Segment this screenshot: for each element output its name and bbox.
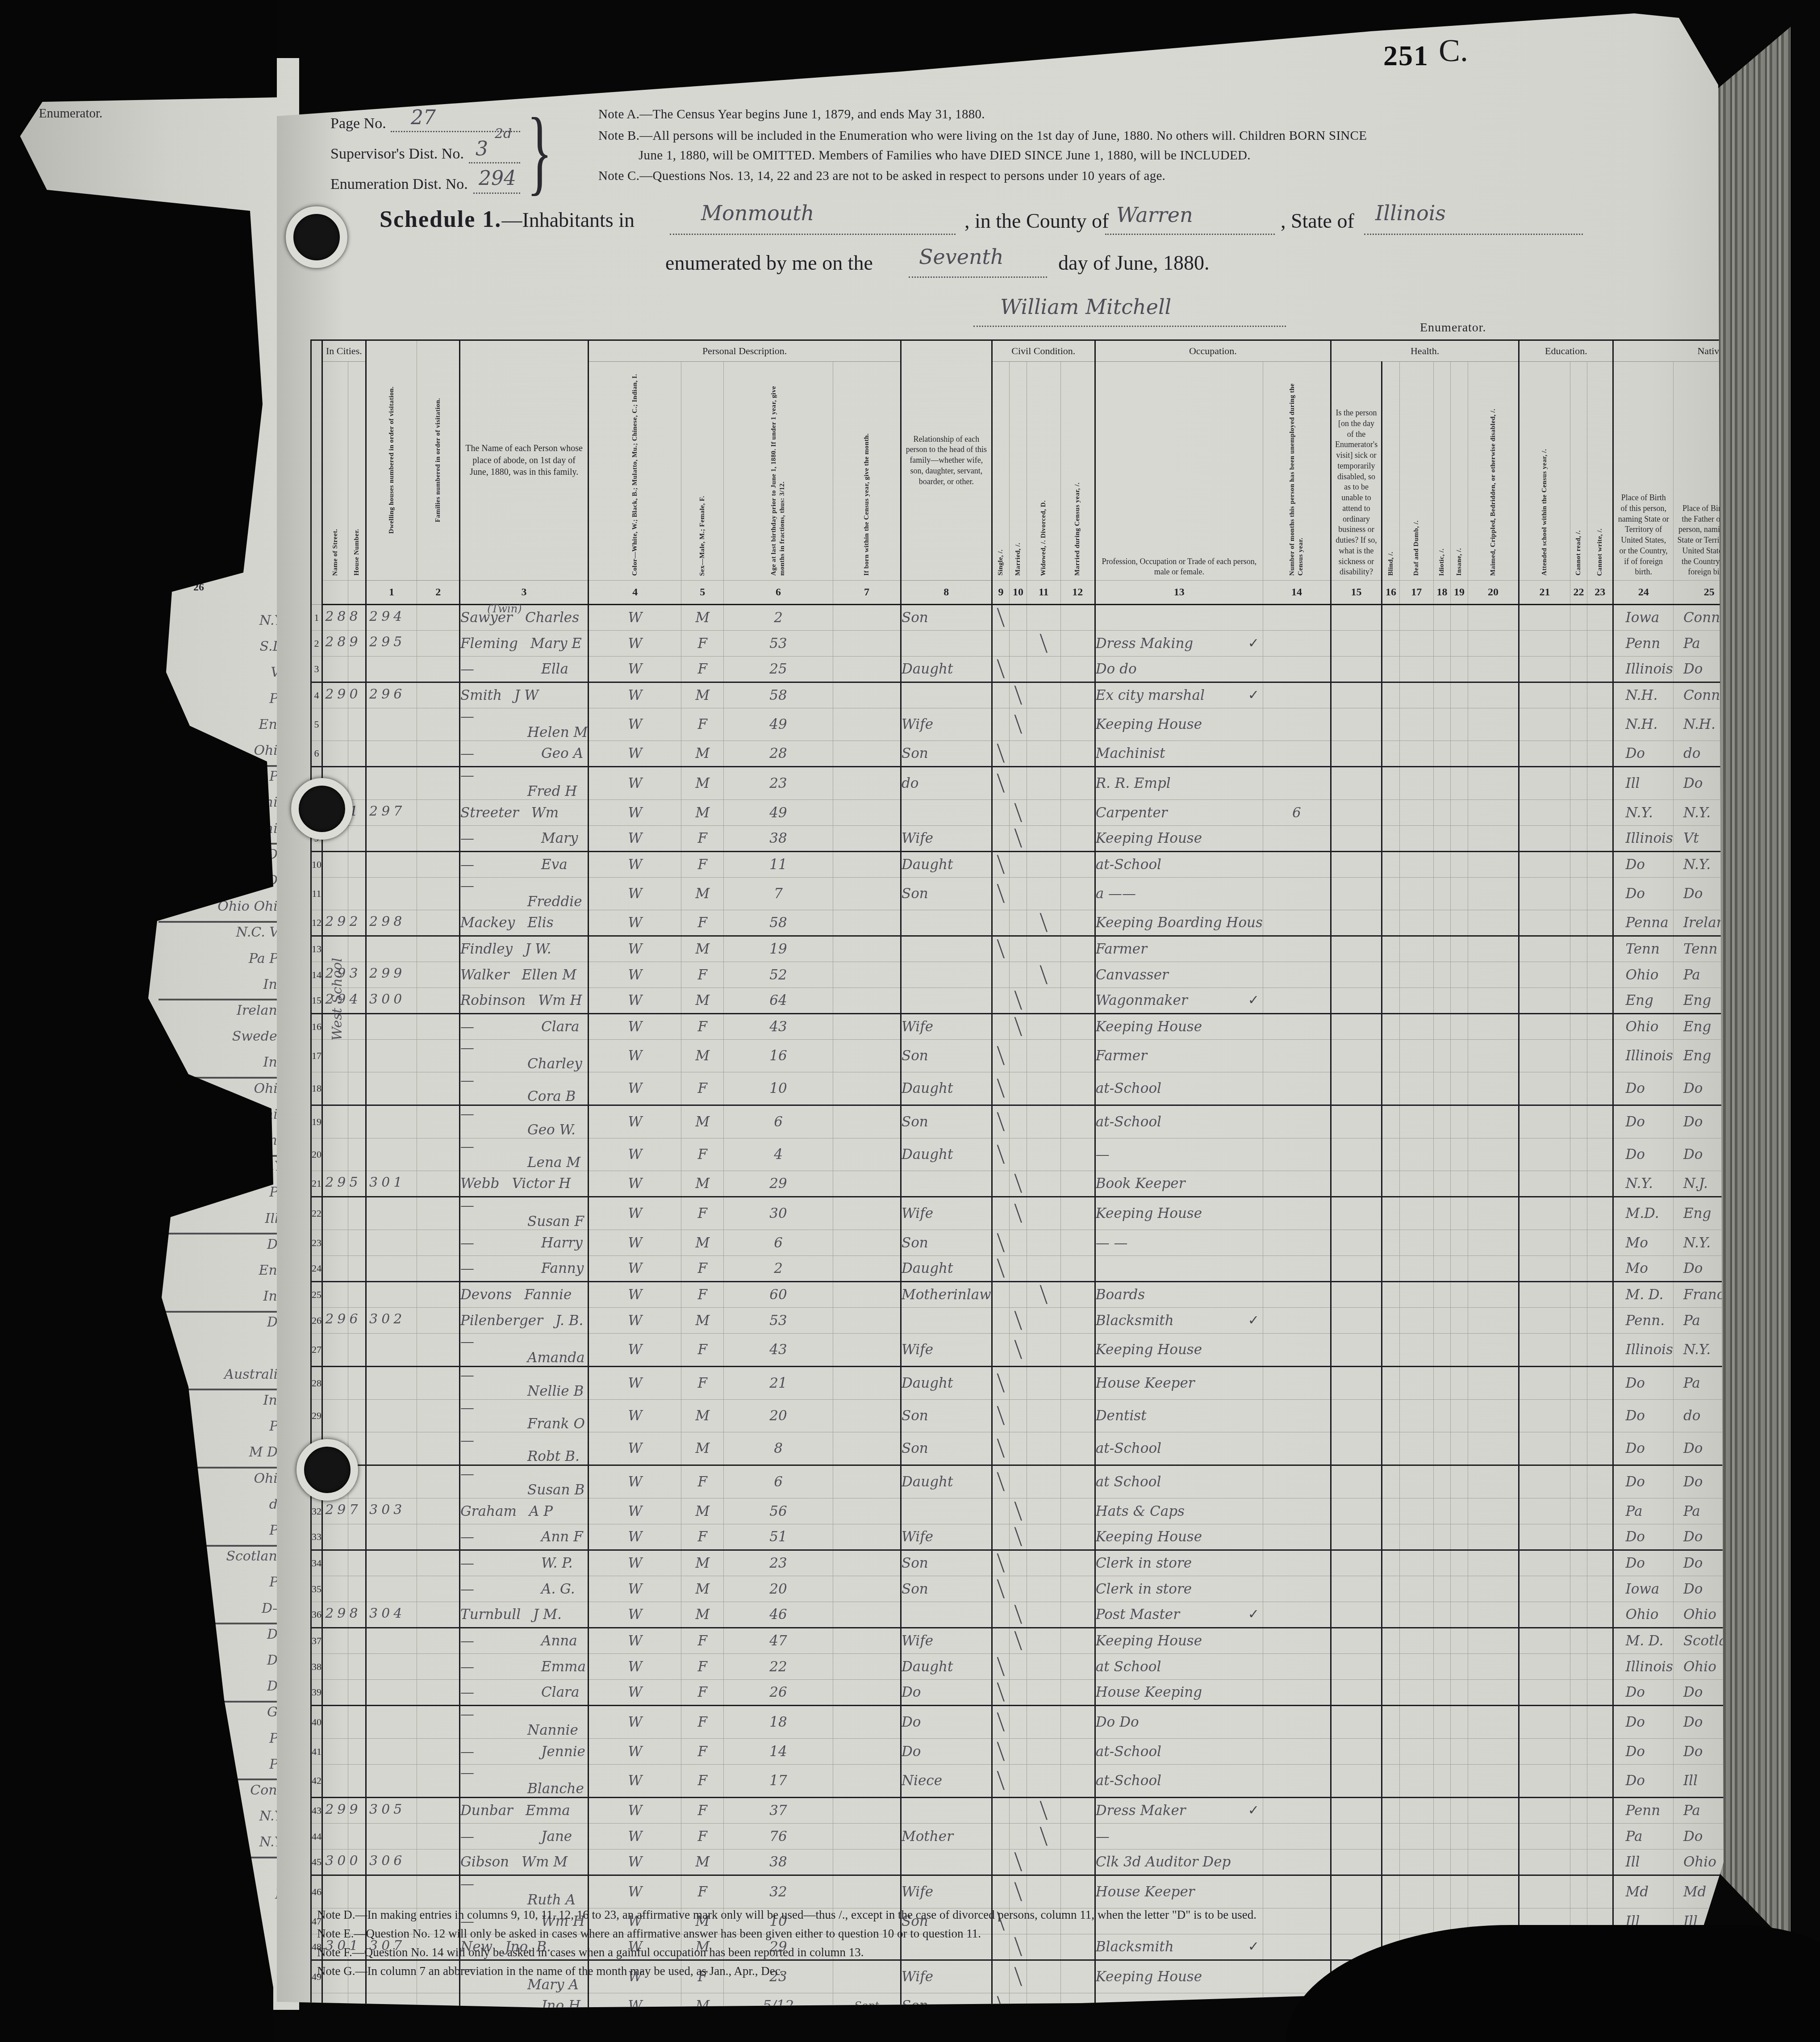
month-born-cell	[833, 1706, 901, 1739]
col-number: 6	[724, 581, 833, 605]
single-mark-cell: ╲	[992, 1550, 1010, 1576]
married-mark-cell: ╲	[1010, 1524, 1027, 1550]
house-cell	[348, 1654, 366, 1680]
widowed-mark-cell	[1027, 708, 1060, 741]
education-mark-cell	[1587, 1798, 1613, 1824]
married-mark-cell	[1010, 936, 1027, 962]
county-value: Warren	[1116, 203, 1193, 227]
sickness-cell	[1331, 1308, 1382, 1334]
unemployed-cell	[1263, 1706, 1331, 1739]
education-mark-cell	[1519, 1197, 1570, 1230]
education-mark-cell	[1519, 878, 1570, 910]
married-year-cell	[1060, 852, 1095, 878]
health-mark-cell	[1451, 767, 1468, 800]
health-mark-cell	[1468, 1197, 1519, 1230]
color-cell: W	[589, 1706, 681, 1739]
married-mark-cell	[1010, 1576, 1027, 1602]
married-mark-cell: ╲	[1010, 1171, 1027, 1197]
month-born-cell	[833, 1524, 901, 1550]
sex-cell: F	[681, 852, 724, 878]
single-mark-cell	[992, 1308, 1010, 1334]
education-mark-cell	[1519, 1282, 1570, 1308]
street-cell	[322, 1824, 348, 1850]
occupation-cell: Clerk in store	[1095, 1576, 1263, 1602]
education-mark-cell	[1570, 1524, 1587, 1550]
row-number-left: 38	[311, 1654, 322, 1680]
health-mark-cell	[1468, 852, 1519, 878]
row-number-left: 25	[311, 1282, 322, 1308]
house-cell	[348, 826, 366, 852]
age-cell: 10	[724, 1072, 833, 1105]
person-row: 28—Nellie BWF21Daught╲House KeeperDoPaIl…	[311, 1367, 1820, 1400]
sickness-cell	[1331, 1765, 1382, 1798]
person-row: 29—Frank OWM20Son╲DentistDododo29	[311, 1400, 1820, 1432]
family-cell	[417, 708, 460, 741]
health-mark-cell	[1451, 1550, 1468, 1576]
house-cell: 299 305	[348, 1798, 366, 1824]
health-mark-cell	[1433, 1875, 1451, 1908]
married-year-cell	[1060, 1498, 1095, 1524]
name-cell: WalkerEllen M	[460, 962, 589, 988]
married-mark-cell: ╲	[1010, 1308, 1027, 1334]
education-mark-cell	[1519, 1256, 1570, 1282]
relationship-cell: Daught	[901, 657, 992, 682]
health-mark-cell	[1451, 1739, 1468, 1765]
education-mark-cell	[1587, 1498, 1613, 1524]
birthplace-cell: Do	[1613, 1400, 1673, 1432]
row-number-left: 46	[311, 1875, 322, 1908]
married-mark-cell: ╲	[1010, 1875, 1027, 1908]
group-health: Health.	[1331, 340, 1519, 362]
relationship-cell	[901, 682, 992, 708]
health-mark-cell	[1399, 741, 1433, 767]
married-mark-cell: ╲	[1010, 988, 1027, 1014]
dwelling-family-numbers: 298 304	[325, 1606, 437, 1621]
health-mark-cell	[1468, 1602, 1519, 1628]
education-mark-cell	[1570, 1197, 1587, 1230]
health-mark-cell	[1399, 1654, 1433, 1680]
married-mark-cell: ╲	[1010, 826, 1027, 852]
house-cell	[348, 657, 366, 682]
age-cell: 8	[724, 1432, 833, 1465]
birthplace-cell: Pa	[1613, 1824, 1673, 1850]
married-year-cell	[1060, 1739, 1095, 1765]
family-cell	[417, 1256, 460, 1282]
name-cell: —Cora B	[460, 1072, 589, 1105]
col-number: 5	[681, 581, 724, 605]
house-cell: 292 298	[348, 910, 366, 936]
health-mark-cell	[1382, 1367, 1400, 1400]
married-mark-cell	[1010, 1680, 1027, 1706]
sickness-cell	[1331, 988, 1382, 1014]
month-born-cell	[833, 1960, 901, 1993]
health-mark-cell	[1468, 1432, 1519, 1465]
health-mark-cell	[1382, 741, 1400, 767]
education-mark-cell	[1570, 657, 1587, 682]
health-mark-cell	[1468, 1739, 1519, 1765]
birthplace-cell: Mo	[1613, 1256, 1673, 1282]
married-mark-cell	[1010, 1400, 1027, 1432]
street-cell	[322, 1040, 348, 1072]
single-mark-cell	[992, 1602, 1010, 1628]
age-cell: 58	[724, 910, 833, 936]
name-cell: —Anna	[460, 1628, 589, 1654]
unemployed-cell	[1263, 1138, 1331, 1171]
widowed-mark-cell: ╲	[1027, 631, 1060, 657]
col-number: 15	[1331, 581, 1382, 605]
education-mark-cell	[1570, 910, 1587, 936]
person-row: 12292 298MackeyElisWF58╲Keeping Boarding…	[311, 910, 1820, 936]
col-number: 19	[1451, 581, 1468, 605]
age-cell: 49	[724, 708, 833, 741]
birthplace-cell: Ohio	[1613, 1602, 1673, 1628]
occupation-cell: Book Keeper	[1095, 1171, 1263, 1197]
widowed-mark-cell	[1027, 878, 1060, 910]
person-row: 1288 294(Twin)SawyerCharlesWM2Son╲IowaCo…	[311, 605, 1820, 631]
education-mark-cell	[1587, 631, 1613, 657]
health-mark-cell	[1468, 1014, 1519, 1040]
birthplace-cell: Ohio	[1613, 962, 1673, 988]
col-number: 10	[1010, 581, 1027, 605]
birthplace-cell: Penn	[1613, 1798, 1673, 1824]
street-cell	[322, 1230, 348, 1256]
sickness-cell	[1331, 1334, 1382, 1367]
age-cell: 28	[724, 741, 833, 767]
health-mark-cell	[1382, 1230, 1400, 1256]
sex-cell: F	[681, 1282, 724, 1308]
age-cell: 53	[724, 1308, 833, 1334]
education-mark-cell	[1570, 1334, 1587, 1367]
health-mark-cell	[1399, 1908, 1433, 1934]
single-mark-cell: ╲	[992, 1230, 1010, 1256]
health-mark-cell	[1382, 1282, 1400, 1308]
single-mark-cell	[992, 1960, 1010, 1993]
house-cell	[348, 1014, 366, 1040]
house-cell	[348, 1400, 366, 1432]
occupation-cell: Keeping House	[1095, 1960, 1263, 1993]
footnote-d: Note D.—In making entries in columns 9, …	[317, 1908, 1256, 1922]
sex-cell: M	[681, 1040, 724, 1072]
health-mark-cell	[1468, 1498, 1519, 1524]
unemployed-cell	[1263, 1197, 1331, 1230]
age-cell: 46	[724, 1602, 833, 1628]
month-born-cell	[833, 1765, 901, 1798]
dwelling-family-numbers: 299 305	[325, 1802, 437, 1817]
age-cell: 6	[724, 1465, 833, 1498]
health-mark-cell	[1468, 936, 1519, 962]
sex-cell: M	[681, 1602, 724, 1628]
birthplace-cell: N.Y.	[1613, 800, 1673, 826]
health-mark-cell	[1468, 1465, 1519, 1498]
education-mark-cell	[1570, 800, 1587, 826]
single-mark-cell: ╲	[992, 1765, 1010, 1798]
col-number: 7	[833, 581, 901, 605]
family-cell	[417, 1524, 460, 1550]
house-cell	[348, 1524, 366, 1550]
birthplace-cell: Penn.	[1613, 1308, 1673, 1334]
row-number-left: 14	[311, 962, 322, 988]
widowed-mark-cell	[1027, 1334, 1060, 1367]
education-mark-cell	[1570, 1256, 1587, 1282]
health-mark-cell	[1433, 1706, 1451, 1739]
unemployed-cell	[1263, 1072, 1331, 1105]
married-mark-cell	[1010, 1367, 1027, 1400]
dwelling-family-numbers: 289 295	[325, 634, 437, 650]
health-mark-cell	[1451, 1824, 1468, 1850]
col-number: 23	[1587, 581, 1613, 605]
health-mark-cell	[1399, 800, 1433, 826]
health-mark-cell	[1451, 852, 1468, 878]
married-mark-cell	[1010, 1798, 1027, 1824]
family-cell	[417, 936, 460, 962]
name-cell: PilenbergerJ. B.	[460, 1308, 589, 1334]
row-number-left: 13	[311, 936, 322, 962]
month-born-cell	[833, 1654, 901, 1680]
name-cell: —Clara	[460, 1014, 589, 1040]
health-mark-cell	[1399, 1105, 1433, 1138]
sex-cell: F	[681, 1628, 724, 1654]
unemployed-cell	[1263, 1798, 1331, 1824]
married-mark-cell	[1010, 605, 1027, 631]
health-mark-cell	[1468, 1576, 1519, 1602]
married-year-cell	[1060, 1197, 1095, 1230]
month-born-cell	[833, 657, 901, 682]
health-mark-cell	[1451, 1628, 1468, 1654]
row-number-left: 35	[311, 1576, 322, 1602]
house-cell: 294 300	[348, 988, 366, 1014]
health-mark-cell	[1433, 1014, 1451, 1040]
education-mark-cell	[1519, 1798, 1570, 1824]
binder-ring	[286, 206, 347, 268]
married-mark-cell	[1010, 1824, 1027, 1850]
health-mark-cell	[1433, 1308, 1451, 1334]
age-cell: 47	[724, 1628, 833, 1654]
health-mark-cell	[1382, 1654, 1400, 1680]
month-born-cell	[833, 1105, 901, 1138]
month-born-cell	[833, 682, 901, 708]
married-mark-cell	[1010, 1230, 1027, 1256]
color-cell: W	[589, 1072, 681, 1105]
name-cell: —Frank O	[460, 1400, 589, 1432]
month-born-cell	[833, 605, 901, 631]
health-mark-cell	[1468, 1400, 1519, 1432]
birthplace-cell: Do	[1613, 1680, 1673, 1706]
relationship-cell: Daught	[901, 1072, 992, 1105]
row-number-left: 42	[311, 1765, 322, 1798]
education-mark-cell	[1519, 1498, 1570, 1524]
single-mark-cell	[992, 1334, 1010, 1367]
health-mark-cell	[1451, 741, 1468, 767]
dwelling-cell	[366, 1628, 417, 1654]
sex-cell: F	[681, 1875, 724, 1908]
color-cell: W	[589, 741, 681, 767]
health-mark-cell	[1433, 1498, 1451, 1524]
health-mark-cell	[1433, 988, 1451, 1014]
col-name-header: The Name of each Person whose place of a…	[460, 340, 589, 581]
health-mark-cell	[1451, 1765, 1468, 1798]
sickness-cell	[1331, 1171, 1382, 1197]
birthplace-cell: Do	[1613, 1739, 1673, 1765]
street-cell	[322, 1680, 348, 1706]
widowed-mark-cell	[1027, 1576, 1060, 1602]
relationship-cell: Do	[901, 1739, 992, 1765]
education-mark-cell	[1587, 1602, 1613, 1628]
house-cell	[348, 1256, 366, 1282]
education-mark-cell	[1587, 1138, 1613, 1171]
family-cell	[417, 1282, 460, 1308]
color-cell: W	[589, 767, 681, 800]
health-mark-cell	[1433, 878, 1451, 910]
census-table: In Cities.Dwelling houses numbered in or…	[310, 339, 1820, 2020]
house-cell: 295 301	[348, 1171, 366, 1197]
color-cell: W	[589, 1680, 681, 1706]
month-born-cell	[833, 1576, 901, 1602]
health-mark-cell	[1451, 1138, 1468, 1171]
health-mark-cell	[1399, 1602, 1433, 1628]
single-mark-cell	[992, 708, 1010, 741]
education-mark-cell	[1519, 1628, 1570, 1654]
widowed-mark-cell	[1027, 1230, 1060, 1256]
health-mark-cell	[1433, 657, 1451, 682]
education-mark-cell	[1570, 988, 1587, 1014]
color-cell: W	[589, 1875, 681, 1908]
occupation-cell: Dress Maker✓	[1095, 1798, 1263, 1824]
health-mark-cell	[1433, 605, 1451, 631]
row-number-left: 23	[311, 1230, 322, 1256]
sex-cell: F	[681, 1765, 724, 1798]
widowed-mark-cell	[1027, 1138, 1060, 1171]
dwelling-cell	[366, 1680, 417, 1706]
relationship-cell: Wife	[901, 1875, 992, 1908]
sickness-cell	[1331, 631, 1382, 657]
education-mark-cell	[1519, 1432, 1570, 1465]
row-number-left: 15	[311, 988, 322, 1014]
relationship-cell: Niece	[901, 1765, 992, 1798]
married-mark-cell: ╲	[1010, 1602, 1027, 1628]
widowed-mark-cell	[1027, 1602, 1060, 1628]
sex-cell: F	[681, 657, 724, 682]
street-cell	[322, 1197, 348, 1230]
person-row: 11—FreddieWM7Son╲a ——DoDoDo11	[311, 878, 1820, 910]
name-cell: —Mary	[460, 826, 589, 852]
sex-cell: F	[681, 1680, 724, 1706]
health-mark-cell	[1382, 1798, 1400, 1824]
house-cell: 300 306	[348, 1850, 366, 1875]
education-mark-cell	[1587, 1706, 1613, 1739]
person-row: 22—Susan FWF30Wife╲Keeping HouseM.D.EngE…	[311, 1197, 1820, 1230]
education-mark-cell	[1519, 708, 1570, 741]
widowed-mark-cell	[1027, 1706, 1060, 1739]
enumeration-value: 294	[479, 167, 516, 190]
education-mark-cell	[1570, 631, 1587, 657]
education-mark-cell	[1519, 852, 1570, 878]
health-mark-cell	[1399, 1282, 1433, 1308]
health-mark-cell	[1399, 826, 1433, 852]
relationship-cell: Son	[901, 878, 992, 910]
married-mark-cell	[1010, 1654, 1027, 1680]
color-cell: W	[589, 1798, 681, 1824]
health-mark-cell	[1382, 1602, 1400, 1628]
enumerator-label: Enumerator.	[1420, 321, 1486, 335]
widowed-mark-cell	[1027, 826, 1060, 852]
education-mark-cell	[1519, 1465, 1570, 1498]
name-cell: StreeterWm	[460, 800, 589, 826]
health-mark-cell	[1399, 1628, 1433, 1654]
row-number-left: 29	[311, 1400, 322, 1432]
color-cell: W	[589, 962, 681, 988]
dwelling-family-numbers: 292 298	[325, 914, 437, 929]
married-year-cell	[1060, 1706, 1095, 1739]
dwelling-family-numbers: 290 296	[325, 686, 437, 702]
health-mark-cell	[1382, 708, 1400, 741]
name-cell: —Jane	[460, 1824, 589, 1850]
education-mark-cell	[1587, 852, 1613, 878]
health-mark-cell	[1399, 1197, 1433, 1230]
married-year-cell	[1060, 1798, 1095, 1824]
dwelling-cell	[366, 852, 417, 878]
health-mark-cell	[1382, 1628, 1400, 1654]
married-year-cell	[1060, 1105, 1095, 1138]
education-mark-cell	[1587, 910, 1613, 936]
health-mark-cell	[1399, 1498, 1433, 1524]
sickness-cell	[1331, 1824, 1382, 1850]
married-year-cell	[1060, 1850, 1095, 1875]
color-cell: W	[589, 852, 681, 878]
dwelling-cell	[366, 1014, 417, 1040]
relationship-cell	[901, 1798, 992, 1824]
brace: }	[527, 103, 552, 199]
health-mark-cell	[1382, 1908, 1400, 1934]
family-cell	[417, 1765, 460, 1798]
age-cell: 6	[724, 1105, 833, 1138]
health-mark-cell	[1433, 708, 1451, 741]
color-cell: W	[589, 878, 681, 910]
married-year-cell	[1060, 1138, 1095, 1171]
education-mark-cell	[1587, 1680, 1613, 1706]
county-label: , in the County of	[964, 209, 1109, 233]
sheet-number-stamp: 251	[1383, 39, 1429, 72]
health-mark-cell	[1468, 1282, 1519, 1308]
street-cell	[322, 1654, 348, 1680]
sickness-cell	[1331, 1908, 1382, 1934]
birthplace-cell: N.H.	[1613, 708, 1673, 741]
education-mark-cell	[1519, 657, 1570, 682]
family-cell	[417, 1334, 460, 1367]
unemployed-cell	[1263, 1824, 1331, 1850]
sickness-cell	[1331, 1550, 1382, 1576]
person-row: 25DevonsFannieWF60Motherinlaw╲BoardsM. D…	[311, 1282, 1820, 1308]
health-mark-cell	[1433, 1072, 1451, 1105]
birthplace-cell: Illinois	[1613, 1654, 1673, 1680]
person-row: 42—BlancheWF17Niece╲at-SchoolDoIllOhio42	[311, 1765, 1820, 1798]
sex-cell: F	[681, 1138, 724, 1171]
health-mark-cell	[1433, 1230, 1451, 1256]
occupation-cell: Clerk in store	[1095, 1550, 1263, 1576]
education-mark-cell	[1570, 1282, 1587, 1308]
month-born-cell	[833, 741, 901, 767]
birthplace-cell: Do	[1613, 1706, 1673, 1739]
row-number-left: 28	[311, 1367, 322, 1400]
education-mark-cell	[1519, 767, 1570, 800]
dwelling-cell	[366, 1256, 417, 1282]
married-mark-cell	[1010, 1256, 1027, 1282]
occupation-cell: Carpenter	[1095, 800, 1263, 826]
col-married-header: Married, /.	[1010, 362, 1027, 581]
col-color-header: Color—White, W.; Black, B.; Mulatto, Mu.…	[589, 362, 681, 581]
col-number: 1	[366, 581, 417, 605]
health-mark-cell	[1468, 1706, 1519, 1739]
dwelling-family-numbers: 296 302	[325, 1311, 437, 1327]
